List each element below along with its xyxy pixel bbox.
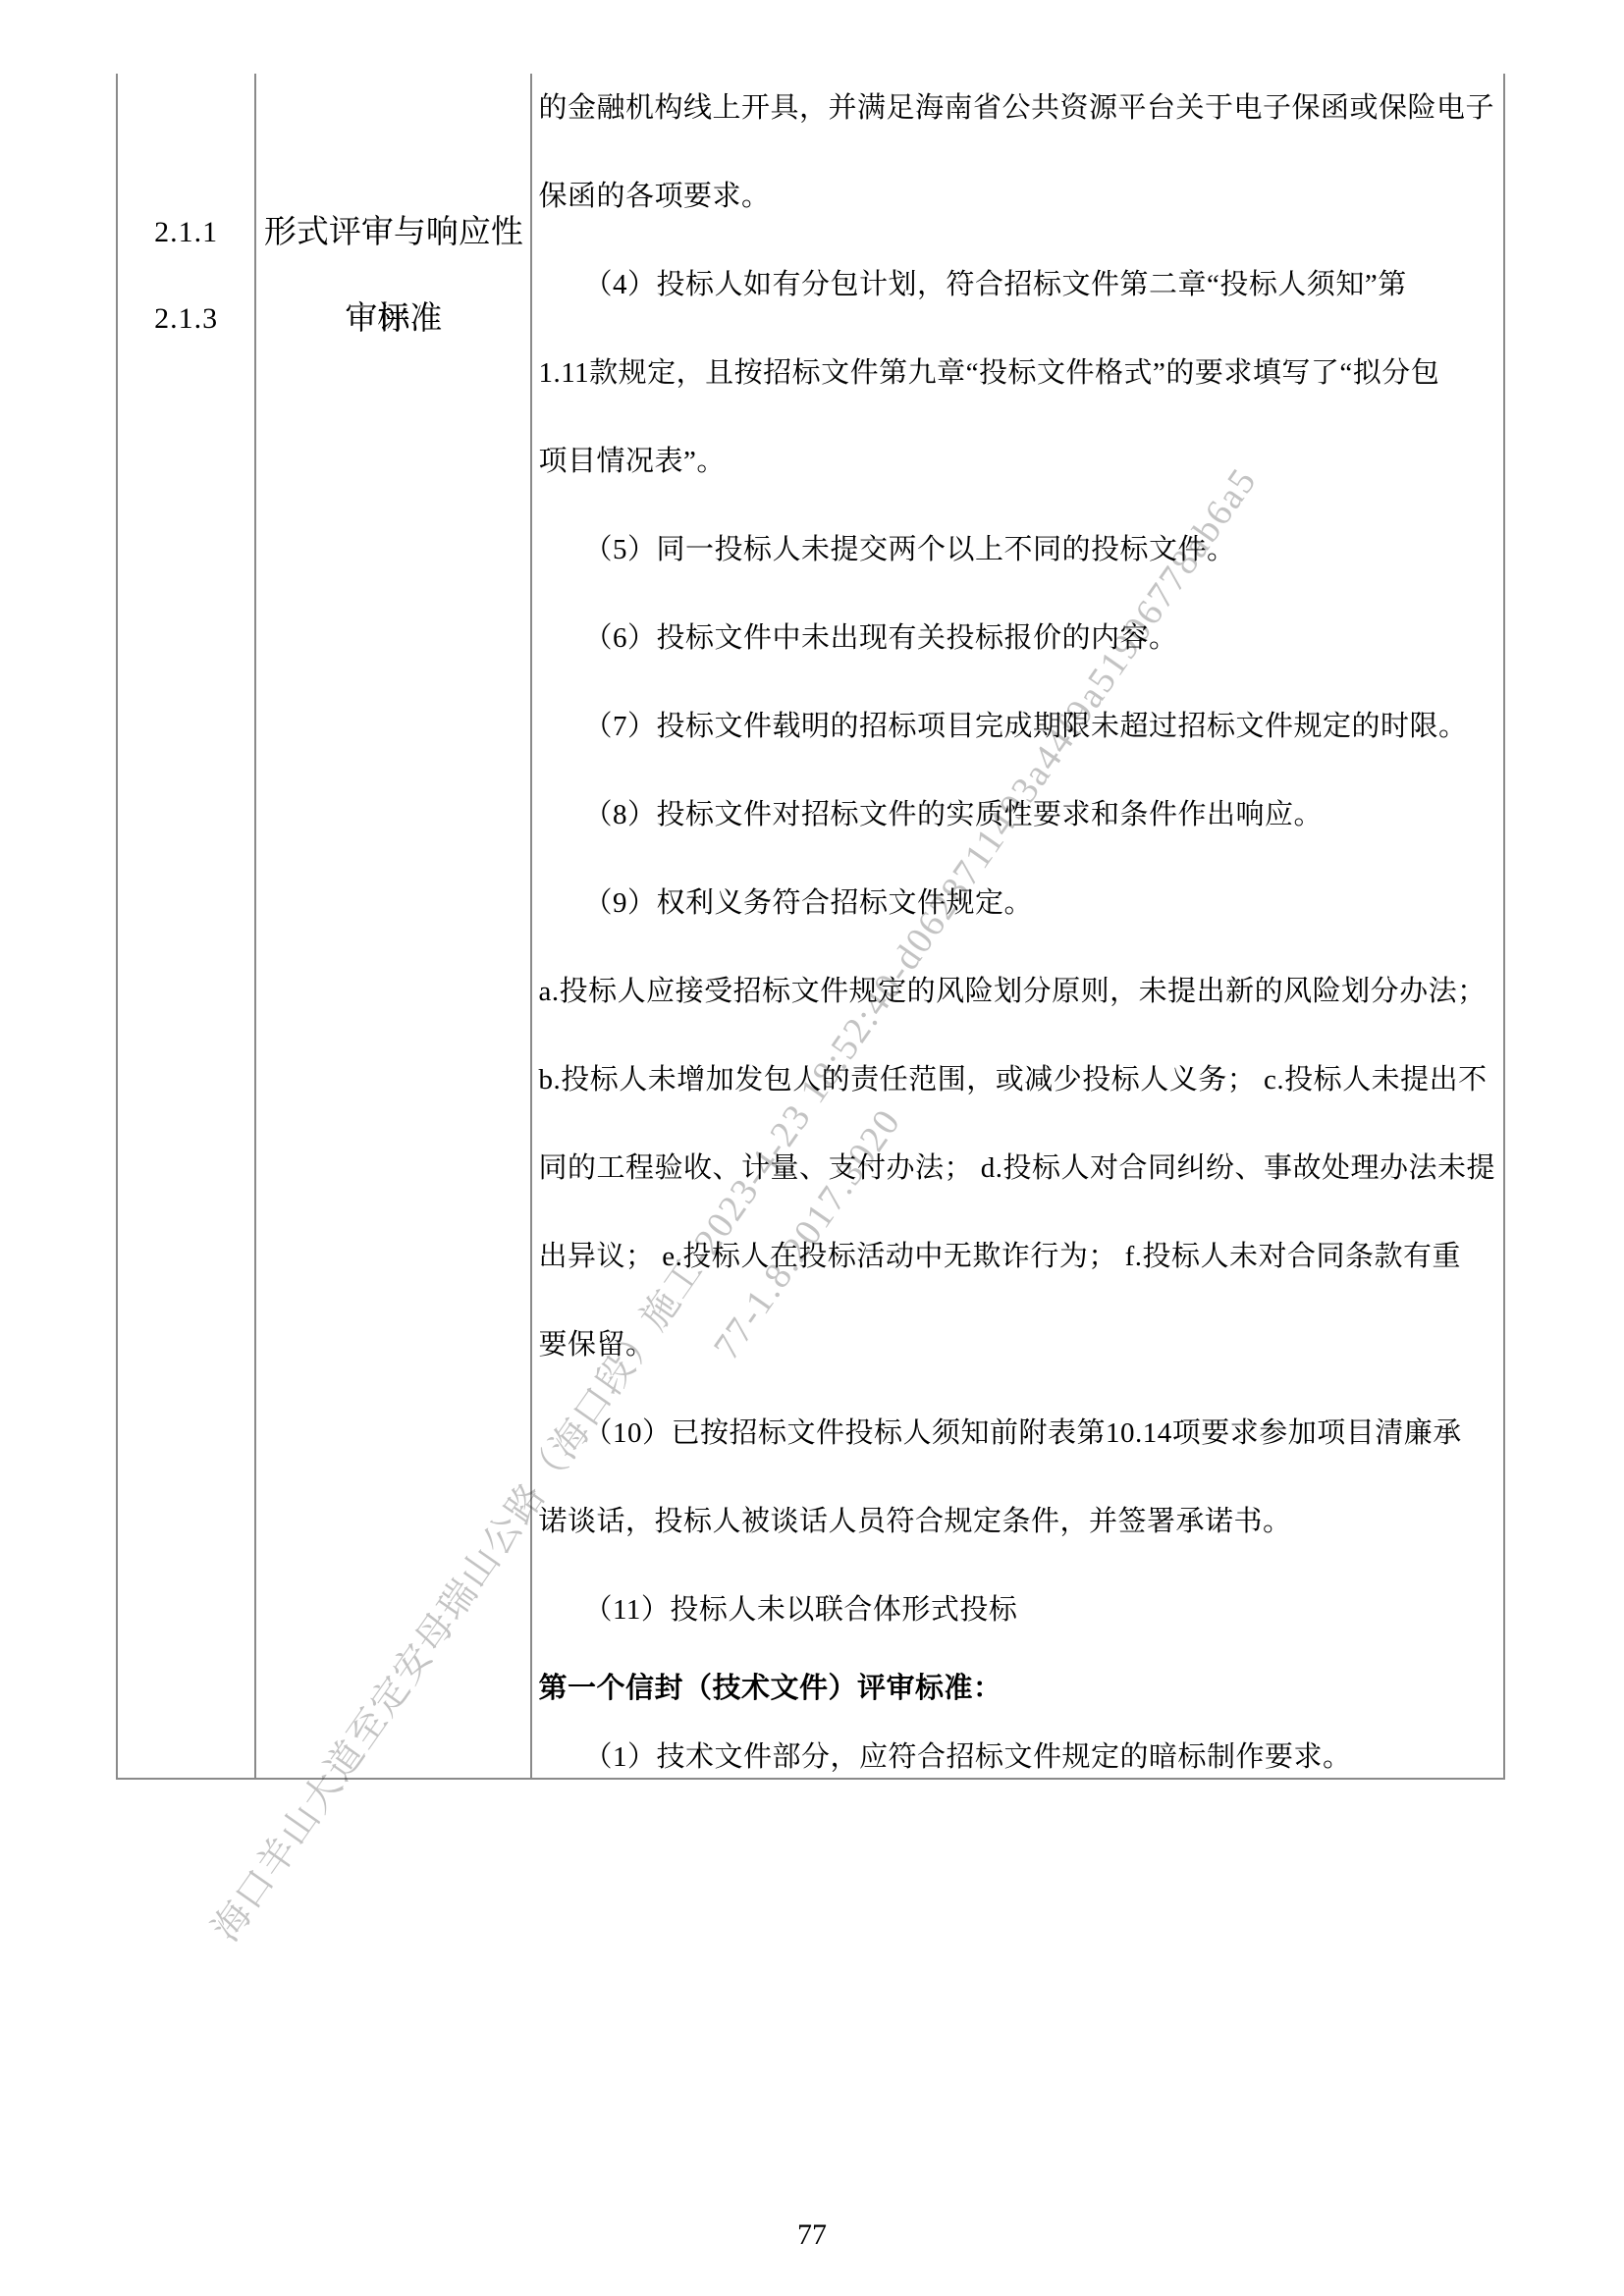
content-line: （1）技术文件部分，应符合招标文件规定的暗标制作要求。	[538, 1723, 1495, 1791]
content-line: （10）已按招标文件投标人须知前附表第10.14项要求参加项目清廉承	[538, 1389, 1495, 1477]
content-lines: 的金融机构线上开具，并满足海南省公共资源平台关于电子保函或保险电子保函的各项要求…	[538, 64, 1495, 1791]
content-line: （5）同一投标人未提交两个以上不同的投标文件。	[538, 506, 1495, 594]
content-line: 同的工程验收、计量、支付办法； d.投标人对合同纠纷、事故处理办法未提	[538, 1124, 1495, 1212]
content-line: （11）投标人未以联合体形式投标	[538, 1566, 1495, 1654]
content-line: （7）投标文件载明的招标项目完成期限未超过招标文件规定的时限。	[538, 682, 1495, 771]
clause-number: 2.1.3	[118, 276, 254, 362]
content-line: 诺谈话，投标人被谈话人员符合规定条件，并签署承诺书。	[538, 1477, 1495, 1566]
content-line: 的金融机构线上开具，并满足海南省公共资源平台关于电子保函或保险电子	[538, 64, 1495, 152]
content-line: b.投标人未增加发包人的责任范围，或减少投标人义务； c.投标人未提出不	[538, 1036, 1495, 1124]
content-line: 保函的各项要求。	[538, 152, 1495, 240]
clause-number: 2.1.1	[118, 189, 254, 276]
content-line: a.投标人应接受招标文件规定的风险划分原则，未提出新的风险划分办法；	[538, 947, 1495, 1036]
criteria-title-line: 审标准	[256, 276, 530, 362]
criteria-title-line: 形式评审与响应性评	[256, 189, 530, 276]
criteria-content-cell: 的金融机构线上开具，并满足海南省公共资源平台关于电子保函或保险电子保函的各项要求…	[532, 74, 1503, 1778]
document-page: 2.1.1 2.1.3 形式评审与响应性评 审标准 的金融机构线上开具，并满足海…	[0, 0, 1624, 2296]
content-line: 出异议； e.投标人在投标活动中无欺诈行为； f.投标人未对合同条款有重	[538, 1212, 1495, 1301]
content-line: （4）投标人如有分包计划，符合招标文件第二章“投标人须知”第	[538, 240, 1495, 329]
content-line: （6）投标文件中未出现有关投标报价的内容。	[538, 594, 1495, 682]
content-line: 要保留。	[538, 1301, 1495, 1389]
content-line: 1.11款规定，且按招标文件第九章“投标文件格式”的要求填写了“拟分包	[538, 329, 1495, 417]
content-line: 项目情况表”。	[538, 417, 1495, 506]
evaluation-criteria-table: 2.1.1 2.1.3 形式评审与响应性评 审标准 的金融机构线上开具，并满足海…	[116, 74, 1505, 1780]
page-number: 77	[0, 2218, 1624, 2252]
content-line: 第一个信封（技术文件）评审标准：	[538, 1654, 1495, 1723]
content-line: （9）权利义务符合招标文件规定。	[538, 859, 1495, 947]
clause-number-cell: 2.1.1 2.1.3	[118, 74, 256, 1778]
criteria-title-cell: 形式评审与响应性评 审标准	[256, 74, 532, 1778]
content-line: （8）投标文件对招标文件的实质性要求和条件作出响应。	[538, 771, 1495, 859]
